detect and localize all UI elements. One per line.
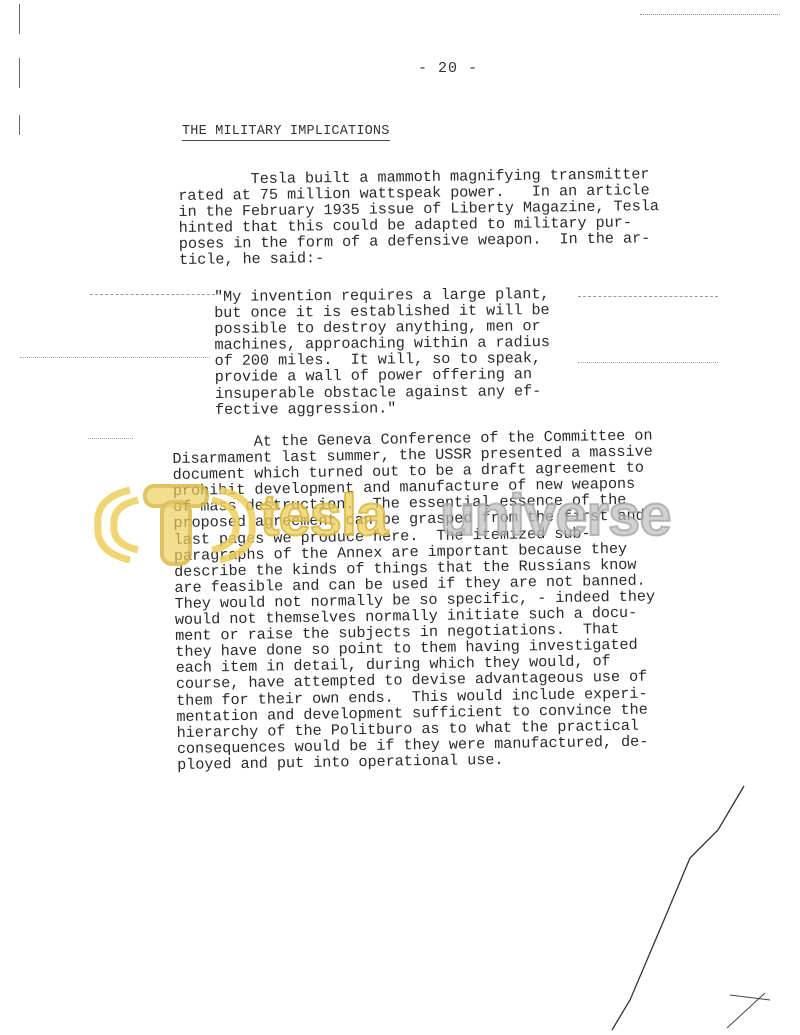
watermark-word-tesla: tesla: [260, 487, 387, 545]
pen-mark: [0, 0, 800, 1035]
watermark-word-universe: universe: [440, 487, 671, 545]
scanned-document-page: - 20 - THE MILITARY IMPLICATIONS Tesla b…: [0, 0, 800, 1035]
